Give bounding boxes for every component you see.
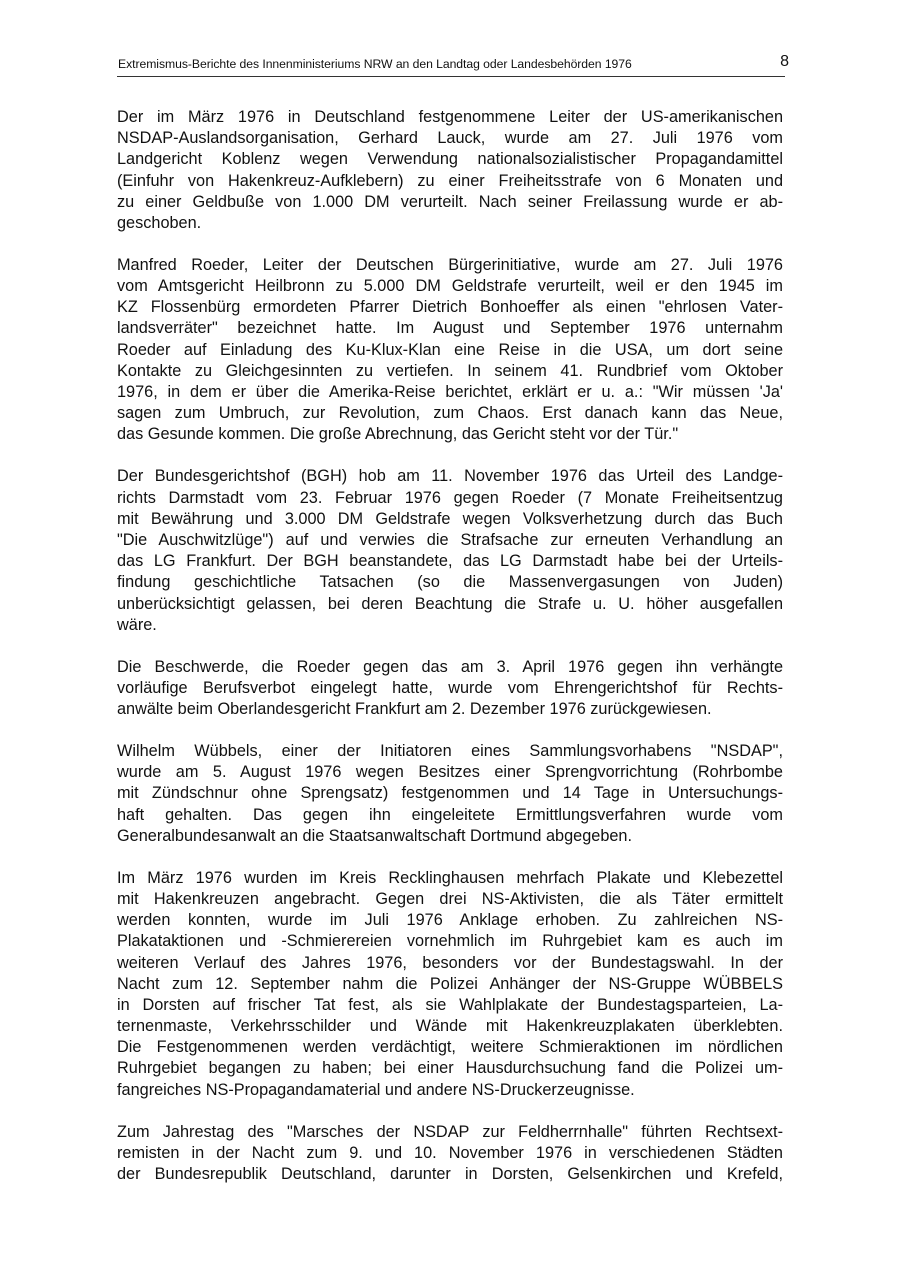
paragraph: Manfred Roeder, Leiter der Deutschen Bür… bbox=[117, 255, 783, 446]
text-line: NSDAP-Auslandsorganisation, Gerhard Lauc… bbox=[117, 128, 783, 149]
text-line: das Gesunde kommen. Die große Abrechnung… bbox=[117, 424, 783, 445]
text-line: 1976, in dem er über die Amerika-Reise b… bbox=[117, 382, 783, 403]
text-line: fangreiches NS-Propagandamaterial und an… bbox=[117, 1080, 783, 1101]
text-line: richts Darmstadt vom 23. Februar 1976 ge… bbox=[117, 488, 783, 509]
text-line: (Einfuhr von Hakenkreuz-Aufklebern) zu e… bbox=[117, 171, 783, 192]
text-line: vorläufige Berufsverbot eingelegt hatte,… bbox=[117, 678, 783, 699]
text-line: Landgericht Koblenz wegen Verwendung nat… bbox=[117, 149, 783, 170]
text-line: unberücksichtigt gelassen, bei deren Bea… bbox=[117, 594, 783, 615]
header-title: Extremismus-Berichte des Innenministeriu… bbox=[118, 57, 632, 71]
text-line: wurde am 5. August 1976 wegen Besitzes e… bbox=[117, 762, 783, 783]
text-line: mit Hakenkreuzen angebracht. Gegen drei … bbox=[117, 889, 783, 910]
text-line: Plakataktionen und -Schmierereien vorneh… bbox=[117, 931, 783, 952]
text-line: Der Bundesgerichtshof (BGH) hob am 11. N… bbox=[117, 466, 783, 487]
paragraph: Zum Jahrestag des "Marsches der NSDAP zu… bbox=[117, 1122, 783, 1186]
running-header: Extremismus-Berichte des Innenministeriu… bbox=[117, 54, 785, 77]
text-line: mit Bewährung und 3.000 DM Geldstrafe we… bbox=[117, 509, 783, 530]
text-line: geschoben. bbox=[117, 213, 783, 234]
text-line: Roeder auf Einladung des Ku-Klux-Klan ei… bbox=[117, 340, 783, 361]
text-line: Im März 1976 wurden im Kreis Recklinghau… bbox=[117, 868, 783, 889]
text-line: Die Festgenommenen werden verdächtigt, w… bbox=[117, 1037, 783, 1058]
body-text: Der im März 1976 in Deutschland festgeno… bbox=[117, 107, 783, 1206]
text-line: remisten in der Nacht zum 9. und 10. Nov… bbox=[117, 1143, 783, 1164]
paragraph: Die Beschwerde, die Roeder gegen das am … bbox=[117, 657, 783, 721]
paragraph: Wilhelm Wübbels, einer der Initiatoren e… bbox=[117, 741, 783, 847]
text-line: Die Beschwerde, die Roeder gegen das am … bbox=[117, 657, 783, 678]
text-line: Wilhelm Wübbels, einer der Initiatoren e… bbox=[117, 741, 783, 762]
document-page: Extremismus-Berichte des Innenministeriu… bbox=[0, 0, 900, 1273]
paragraph: Im März 1976 wurden im Kreis Recklinghau… bbox=[117, 868, 783, 1101]
text-line: Kontakte zu Gleichgesinnten zu vertiefen… bbox=[117, 361, 783, 382]
text-line: anwälte beim Oberlandesgericht Frankfurt… bbox=[117, 699, 783, 720]
text-line: "Die Auschwitzlüge") auf und verwies die… bbox=[117, 530, 783, 551]
text-line: werden konnten, wurde im Juli 1976 Ankla… bbox=[117, 910, 783, 931]
text-line: Nacht zum 12. September nahm die Polizei… bbox=[117, 974, 783, 995]
paragraph: Der im März 1976 in Deutschland festgeno… bbox=[117, 107, 783, 234]
text-line: Manfred Roeder, Leiter der Deutschen Bür… bbox=[117, 255, 783, 276]
page-number: 8 bbox=[780, 53, 789, 71]
text-line: Ruhrgebiet begangen zu haben; bei einer … bbox=[117, 1058, 783, 1079]
text-line: KZ Flossenbürg ermordeten Pfarrer Dietri… bbox=[117, 297, 783, 318]
text-line: Generalbundesanwalt an die Staatsanwalts… bbox=[117, 826, 783, 847]
text-line: wäre. bbox=[117, 615, 783, 636]
text-line: landsverräter" bezeichnet hatte. Im Augu… bbox=[117, 318, 783, 339]
text-line: zu einer Geldbuße von 1.000 DM verurteil… bbox=[117, 192, 783, 213]
text-line: Der im März 1976 in Deutschland festgeno… bbox=[117, 107, 783, 128]
text-line: mit Zündschnur ohne Sprengsatz) festgeno… bbox=[117, 783, 783, 804]
text-line: in Dorsten auf frischer Tat fest, als si… bbox=[117, 995, 783, 1016]
text-line: haft gehalten. Das gegen ihn eingeleitet… bbox=[117, 805, 783, 826]
paragraph: Der Bundesgerichtshof (BGH) hob am 11. N… bbox=[117, 466, 783, 636]
text-line: sagen zum Umbruch, zur Revolution, zum C… bbox=[117, 403, 783, 424]
text-line: ternenmaste, Verkehrsschilder und Wände … bbox=[117, 1016, 783, 1037]
text-line: das LG Frankfurt. Der BGH beanstandete, … bbox=[117, 551, 783, 572]
text-line: findung geschichtliche Tatsachen (so die… bbox=[117, 572, 783, 593]
text-line: vom Amtsgericht Heilbronn zu 5.000 DM Ge… bbox=[117, 276, 783, 297]
text-line: weiteren Verlauf des Jahres 1976, besond… bbox=[117, 953, 783, 974]
text-line: der Bundesrepublik Deutschland, darunter… bbox=[117, 1164, 783, 1185]
text-line: Zum Jahrestag des "Marsches der NSDAP zu… bbox=[117, 1122, 783, 1143]
